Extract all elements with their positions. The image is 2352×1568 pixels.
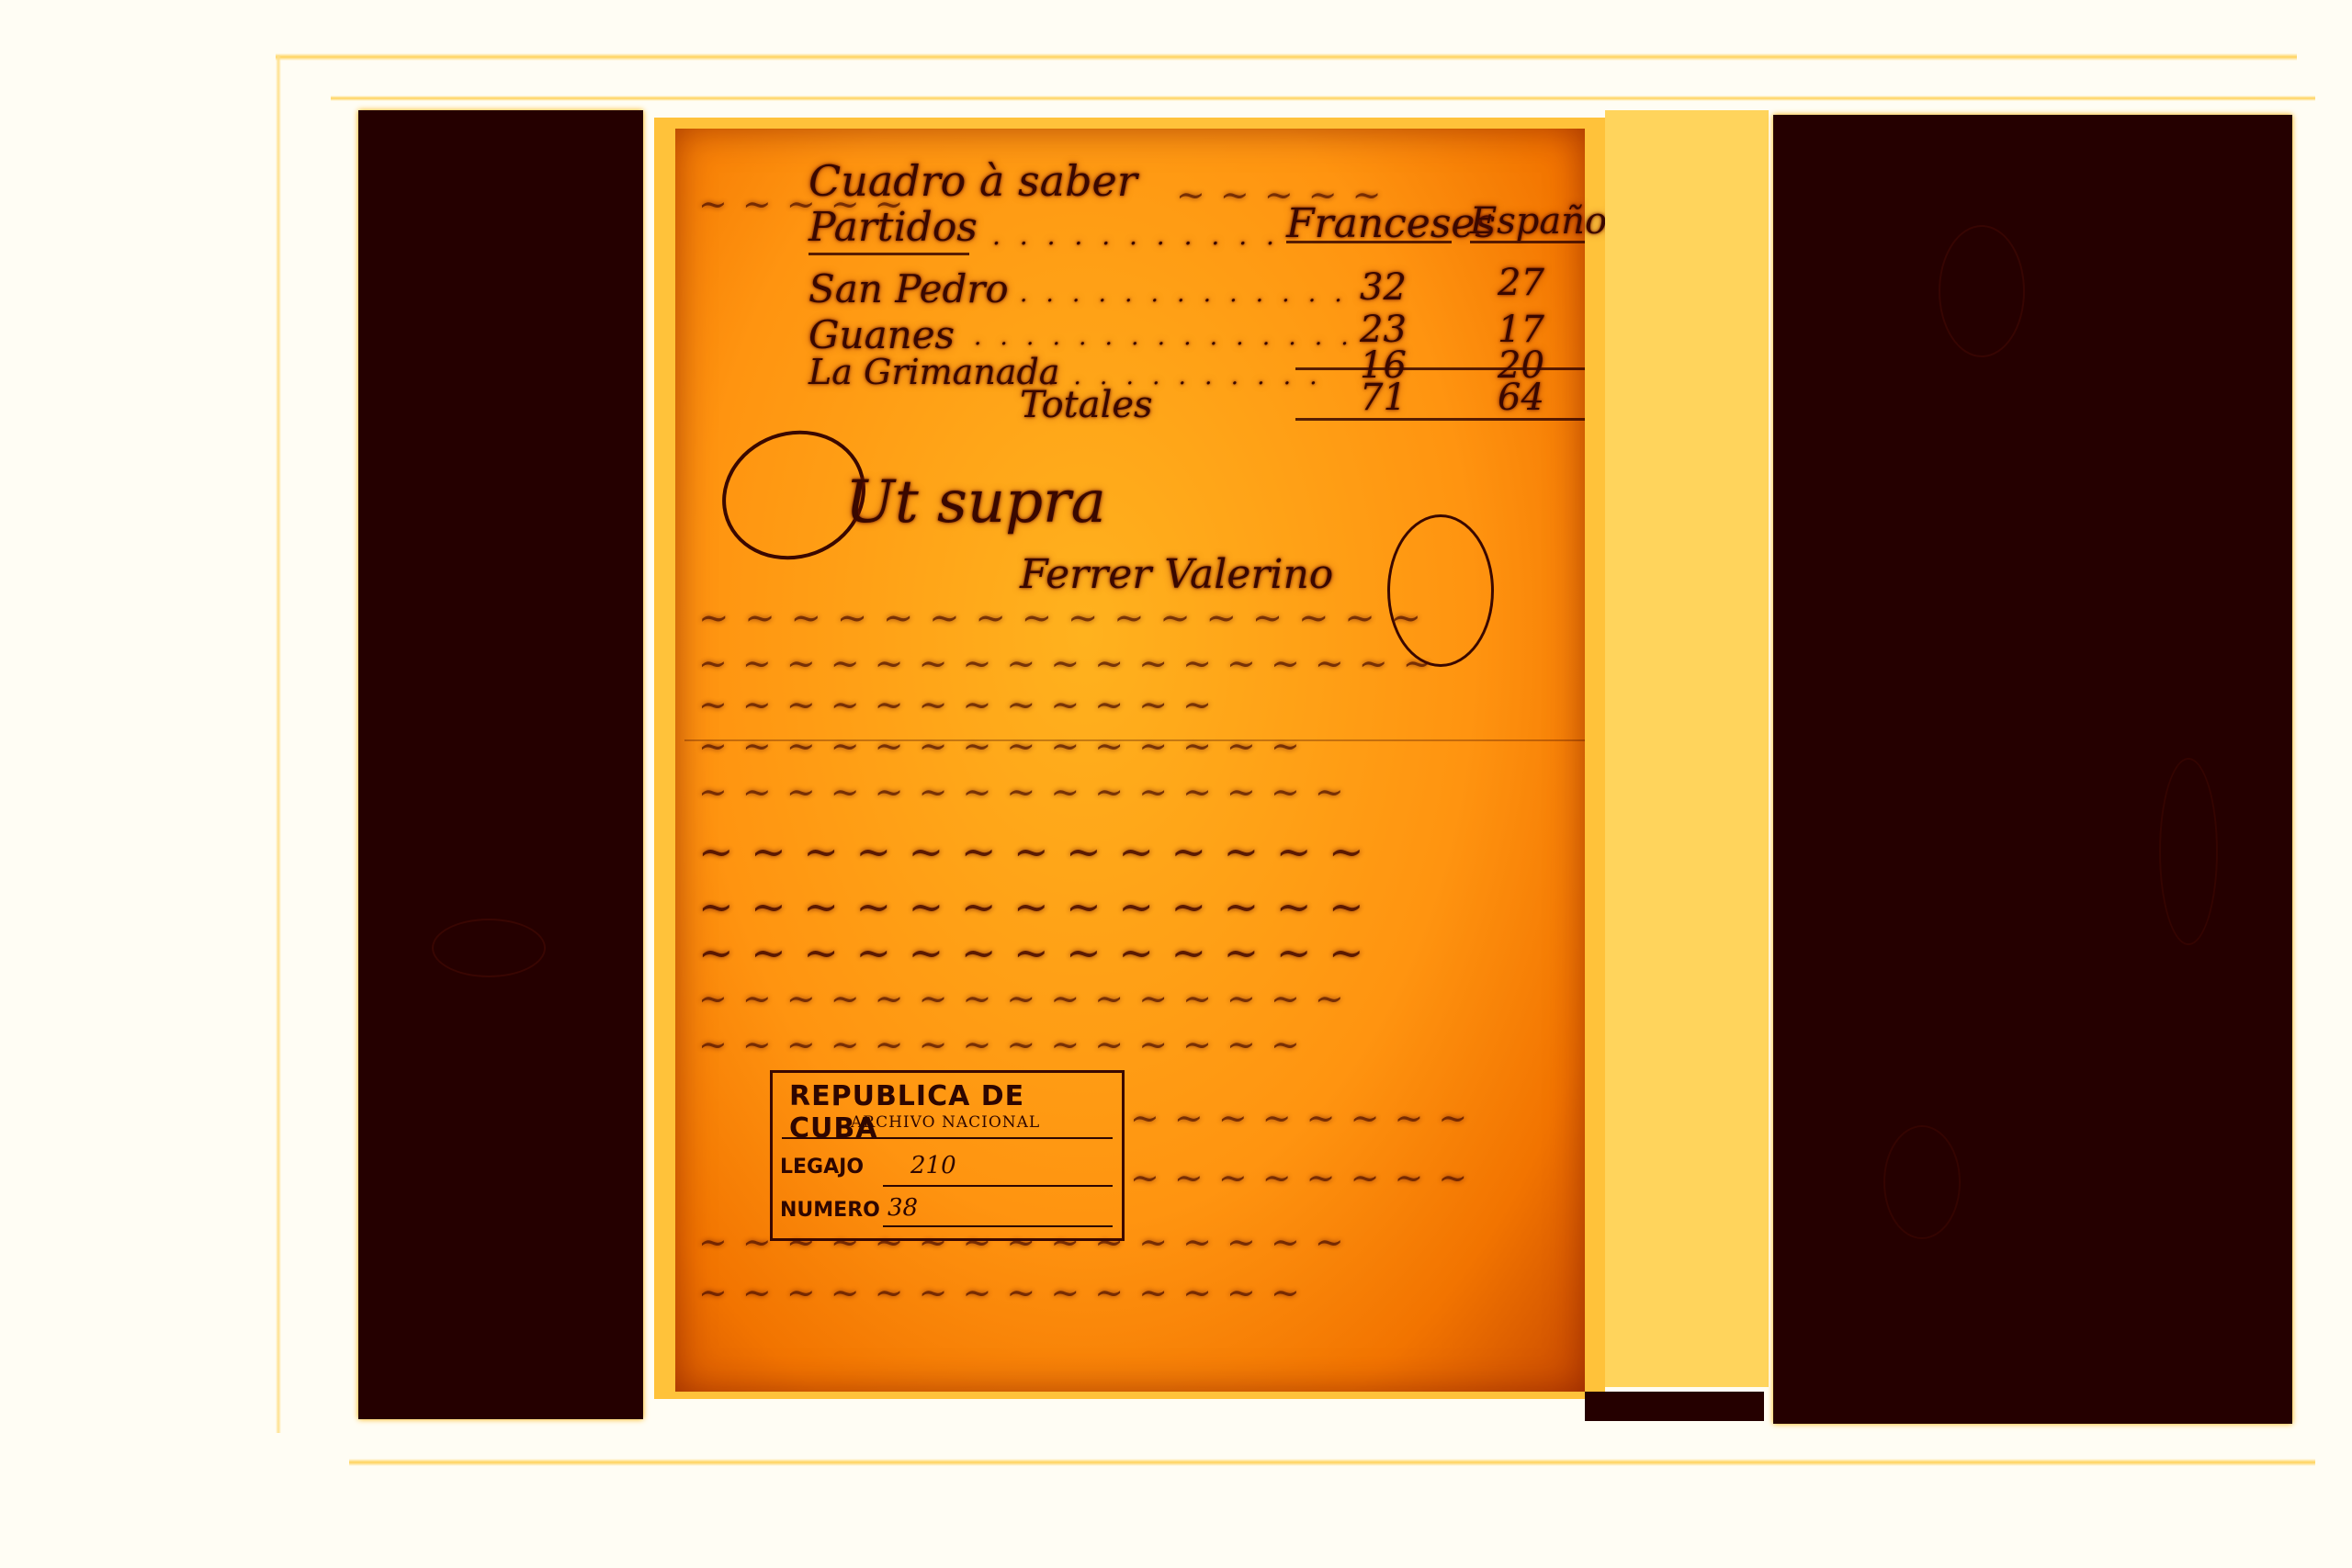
manuscript-line: ~ ~ ~ ~ ~ ~ ~ ~ ~ ~ ~ ~ ~ ~ ~ ~ <box>698 597 1423 639</box>
stamp-title: REPUBLICA DE CUBA <box>789 1080 1122 1145</box>
manuscript-line: ~ ~ ~ ~ ~ ~ ~ ~ ~ ~ ~ ~ ~ <box>698 882 1366 931</box>
stamp-rule <box>782 1137 1113 1139</box>
film-frame-bottom-line <box>349 1459 2315 1466</box>
stamp-numero-value: 38 <box>888 1194 918 1222</box>
page-fold-line <box>684 739 1585 741</box>
archive-stamp: REPUBLICA DE CUBA ARCHIVO NACIONAL LEGAJ… <box>770 1070 1125 1241</box>
film-scratch <box>2159 758 2218 945</box>
manuscript-line: ~ ~ ~ ~ ~ ~ ~ ~ ~ ~ ~ ~ <box>698 684 1214 725</box>
film-dark-block <box>1585 1392 1764 1421</box>
film-leader-strip <box>1605 110 1769 1387</box>
totals-espanoles: 64 <box>1498 377 1544 419</box>
manuscript-line: ~ ~ ~ ~ ~ ~ ~ ~ ~ ~ ~ ~ ~ ~ <box>698 1024 1302 1065</box>
header-underline <box>1286 241 1452 243</box>
signature: Ferrer Valerino <box>1020 551 1333 598</box>
stamp-subtitle: ARCHIVO NACIONAL <box>851 1113 1040 1132</box>
row-label-san-pedro: San Pedro <box>808 266 1009 311</box>
manuscript-line: ~ ~ ~ ~ ~ ~ ~ ~ ~ ~ ~ ~ ~ ~ ~ <box>698 772 1346 812</box>
left-film-border-panel <box>358 110 643 1419</box>
manuscript-line: ~ ~ ~ ~ ~ ~ ~ ~ ~ ~ ~ ~ ~ ~ ~ <box>698 978 1346 1019</box>
manuscript-line: ~ ~ ~ ~ ~ ~ ~ ~ ~ ~ ~ ~ ~ ~ <box>698 1272 1302 1313</box>
right-film-border-panel <box>1773 115 2292 1424</box>
film-scratch <box>1939 225 2025 357</box>
manuscript-line: ~ ~ ~ ~ ~ ~ ~ ~ ~ ~ ~ ~ ~ <box>698 928 1366 977</box>
manuscript-line: ~ ~ ~ ~ ~ ~ ~ ~ ~ ~ ~ ~ ~ <box>698 827 1366 876</box>
film-frame-top-line <box>276 53 2297 61</box>
closing-line: Ut supra <box>845 468 1106 536</box>
column-header-partidos: Partidos <box>808 204 978 251</box>
manuscript-line: ~ ~ ~ ~ ~ ~ ~ ~ <box>1130 1157 1469 1198</box>
leader-dots: . . . . . . . . . . . . . . . <box>974 323 1354 351</box>
manuscript-line: ~ ~ ~ ~ ~ ~ ~ ~ <box>1130 1098 1469 1138</box>
manuscript-line: ~ ~ ~ ~ ~ ~ ~ ~ ~ ~ ~ ~ ~ ~ ~ ~ ~ <box>698 643 1434 683</box>
totals-franceses: 71 <box>1360 377 1407 419</box>
header-underline <box>1470 241 1585 243</box>
row-value-espanoles: 27 <box>1498 262 1544 304</box>
stamp-legajo-value: 210 <box>910 1152 956 1179</box>
film-frame-left-line <box>276 55 281 1433</box>
totals-rule <box>1295 367 1585 370</box>
stamp-rule <box>883 1185 1113 1187</box>
totals-double-rule <box>1295 418 1585 421</box>
stamp-rule <box>883 1225 1113 1227</box>
film-scratch <box>432 919 546 977</box>
row-value-franceses: 32 <box>1360 266 1407 309</box>
row-label-guanes: Guanes <box>808 312 955 357</box>
leader-dots: . . . . . . . . . . . . . <box>1020 280 1348 308</box>
leader-dots: . . . . . . . . . . . <box>992 220 1280 251</box>
manuscript-line: ~ ~ ~ ~ ~ ~ ~ ~ ~ ~ ~ ~ ~ ~ <box>698 726 1302 766</box>
film-scratch <box>1883 1125 1961 1239</box>
header-underline <box>808 253 969 255</box>
stamp-numero-label: NUMERO <box>780 1199 880 1222</box>
totals-label: Totales <box>1020 384 1153 426</box>
stamp-legajo-label: LEGAJO <box>780 1156 864 1179</box>
film-frame-upper-line <box>331 96 2315 101</box>
